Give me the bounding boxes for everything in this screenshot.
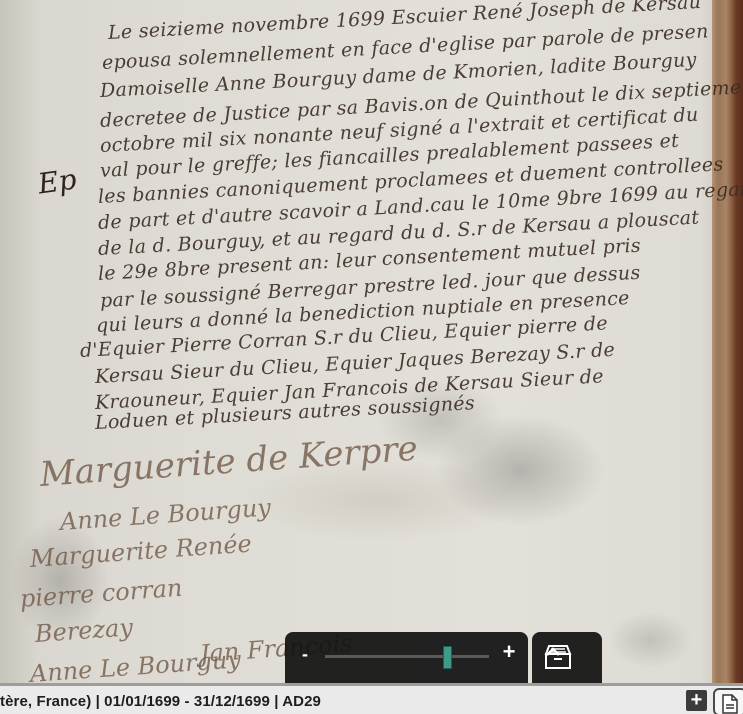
document-icon <box>722 694 738 714</box>
zoom-slider-thumb[interactable] <box>443 646 452 669</box>
archive-toggle-button[interactable] <box>532 632 602 683</box>
book-binding-edge <box>712 0 743 683</box>
signature: Marguerite Renée <box>29 530 253 573</box>
add-button[interactable]: + <box>686 690 707 711</box>
handwritten-record: Ep Le seizieme novembre 1699 Escuier Ren… <box>0 0 712 683</box>
signature: pierre corran <box>19 574 183 613</box>
zoom-out-button[interactable]: - <box>297 644 313 664</box>
document-image-viewer[interactable]: Ep Le seizieme novembre 1699 Escuier Ren… <box>0 0 743 683</box>
document-button[interactable] <box>713 688 743 714</box>
chevron-up-icon <box>544 644 562 658</box>
margin-note: Ep <box>36 162 79 200</box>
zoom-in-button[interactable]: + <box>499 641 519 663</box>
zoom-control: - + <box>285 632 528 683</box>
record-description: tère, France) | 01/01/1699 - 31/12/1699 … <box>0 693 321 710</box>
record-info-bar: tère, France) | 01/01/1699 - 31/12/1699 … <box>0 683 743 714</box>
signature: Berezay <box>34 613 134 648</box>
zoom-slider-track[interactable] <box>325 655 489 658</box>
signature: Marguerite de Kerpre <box>39 429 419 495</box>
signature: Anne Le Bourguy <box>29 645 242 683</box>
